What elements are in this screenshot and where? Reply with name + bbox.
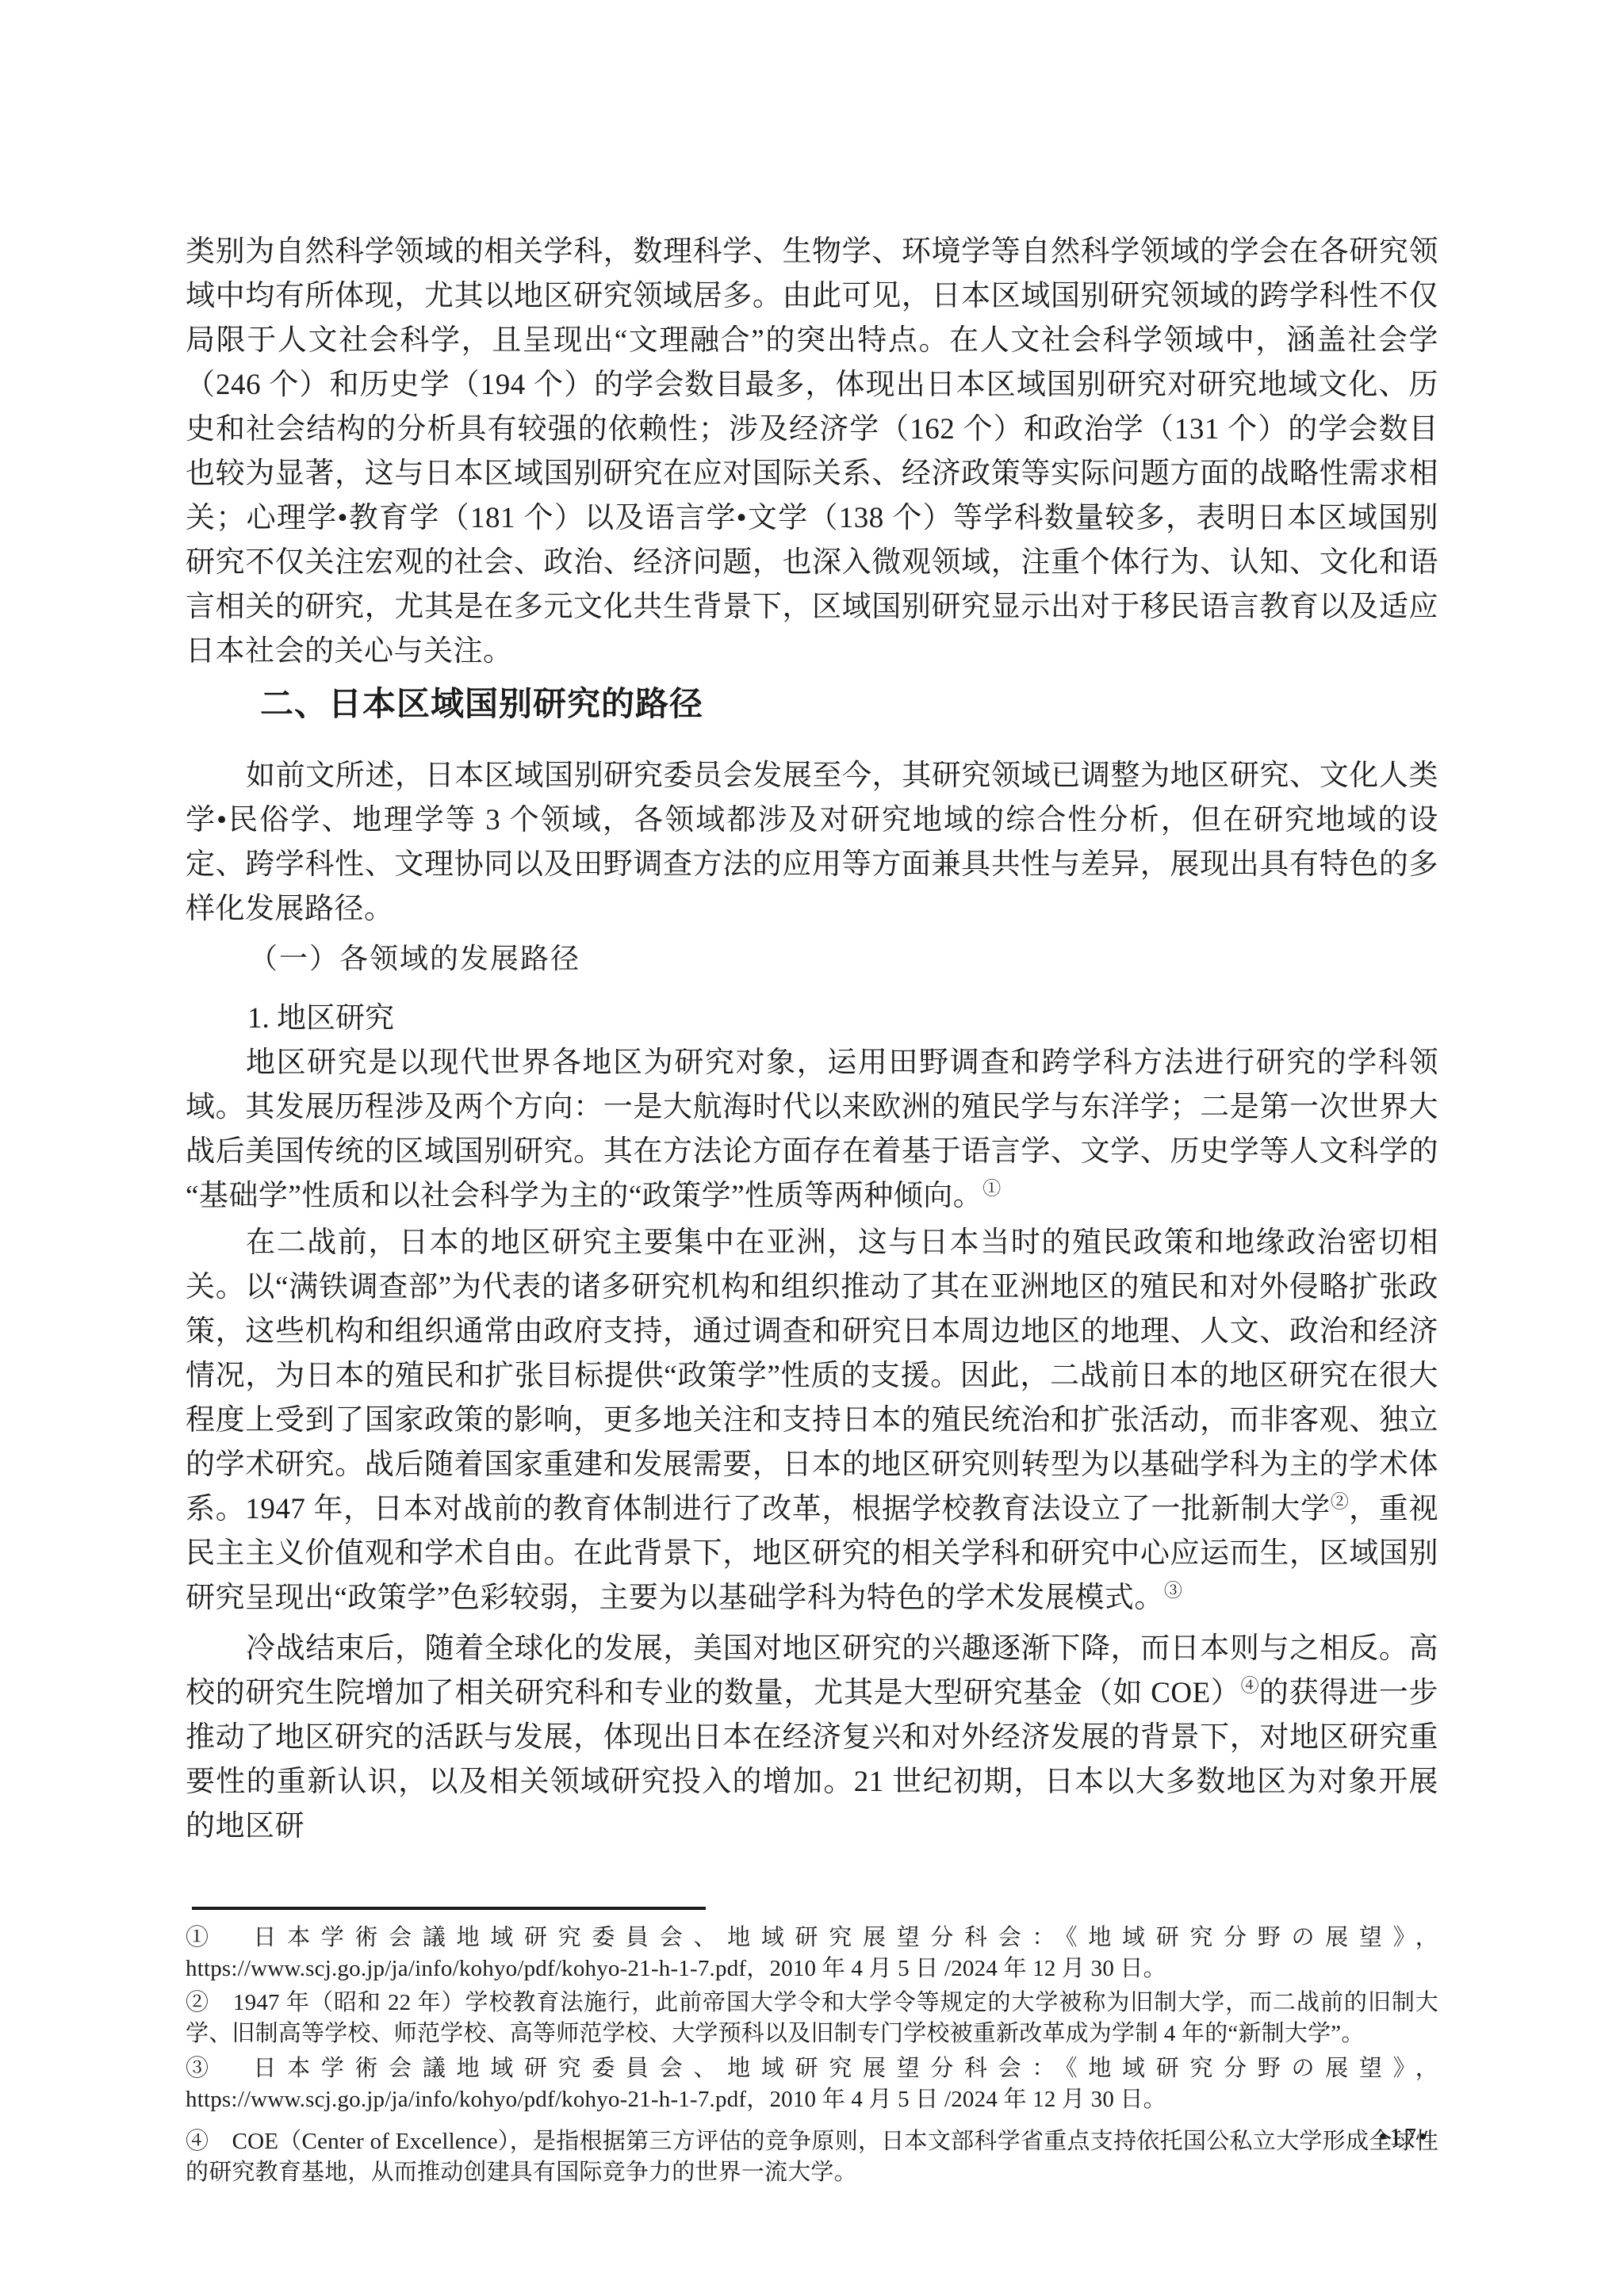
footnote-4: ④ COE（Center of Excellence），是指根据第三方评估的竞争… bbox=[186, 2126, 1438, 2188]
numbered-item-heading: 1. 地区研究 bbox=[186, 997, 1438, 1041]
body-paragraph-3: 地区研究是以现代世界各地区为研究对象，运用田野调查和跨学科方法进行研究的学科领域… bbox=[186, 1041, 1438, 1219]
body-paragraph-1: 类别为自然科学领域的相关学科，数理科学、生物学、环境学等自然科学领域的学会在各研… bbox=[186, 230, 1438, 674]
document-page: 类别为自然科学领域的相关学科，数理科学、生物学、环境学等自然科学领域的学会在各研… bbox=[0, 0, 1624, 2296]
footnote-3: ③ 日本学術会議地域研究委員会、地域研究展望分科会：《地域研究分野の展望》，ht… bbox=[186, 2053, 1438, 2115]
subsection-heading: （一）各领域的发展路径 bbox=[186, 936, 1438, 981]
footnote-area: ① 日本学術会議地域研究委員会、地域研究展望分科会：《地域研究分野の展望》，ht… bbox=[186, 1907, 1438, 2188]
footnote-1: ① 日本学術会議地域研究委員会、地域研究展望分科会：《地域研究分野の展望》，ht… bbox=[186, 1923, 1438, 1984]
section-heading: 二、日本区域国别研究的路径 bbox=[186, 682, 1438, 726]
body-paragraph-4: 在二战前，日本的地区研究主要集中在亚洲，这与日本当时的殖民政策和地缘政治密切相关… bbox=[186, 1221, 1438, 1621]
footnote-separator bbox=[192, 1907, 706, 1910]
page-content: 类别为自然科学领域的相关学科，数理科学、生物学、环境学等自然科学领域的学会在各研… bbox=[186, 230, 1438, 2188]
footnote-2: ② 1947 年（昭和 22 年）学校教育法施行，此前帝国大学令和大学令等规定的… bbox=[186, 1988, 1438, 2049]
body-paragraph-5: 冷战结束后，随着全球化的发展，美国对地区研究的兴趣逐渐下降，而日本则与之相反。高… bbox=[186, 1627, 1438, 1849]
body-paragraph-2: 如前文所述，日本区域国别研究委员会发展至今，其研究领域已调整为地区研究、文化人类… bbox=[186, 754, 1438, 932]
page-number: •17• bbox=[1378, 2122, 1430, 2152]
